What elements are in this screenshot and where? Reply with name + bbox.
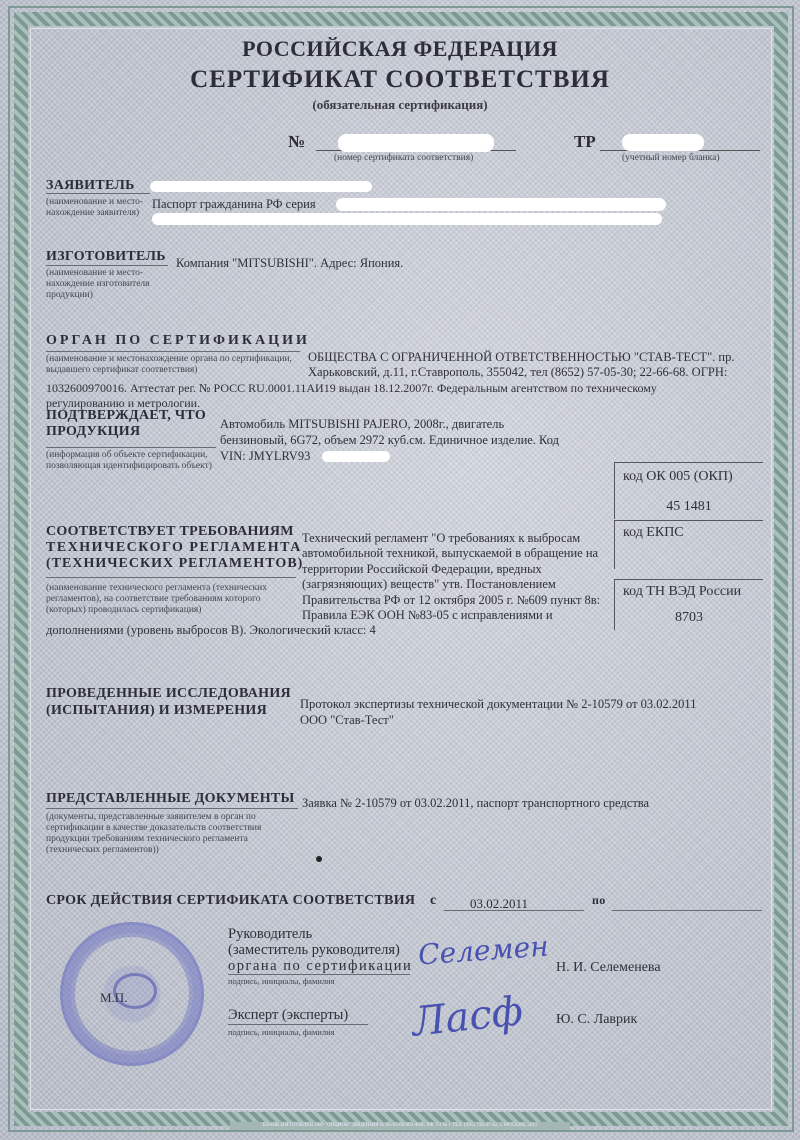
country-title: РОССИЙСКАЯ ФЕДЕРАЦИЯ [0,36,800,62]
applicant-underline [46,193,150,194]
product-caption: (информация об объекте сертификации, поз… [46,450,224,472]
blank-number-label: ТР [574,132,596,152]
cert-body-line-3: 1032600970016. Аттестат рег. № РОСС RU.0… [46,381,657,397]
validity-to-label: по [592,893,606,908]
document-title: СЕРТИФИКАТ СООТВЕТСТВИЯ [0,66,800,94]
regulations-line-4: (загрязняющих) веществ" утв. Постановлен… [302,577,556,593]
regulations-line-6: Правила ЕЭК ООН №83-05 с исправлениями и [302,608,553,624]
product-heading-1: ПОДТВЕРЖДАЕТ, ЧТО [46,408,206,424]
head-title-line-3: органа по сертификации [228,958,412,974]
regulations-last-line: дополнениями (уровень выбросов В). Эколо… [46,623,376,639]
vin-redacted [322,451,390,462]
applicant-value: Паспорт гражданина РФ серия [152,197,316,213]
regulations-line-2: автомобильной техникой, выпускаемой в об… [302,546,598,562]
stamp-label: М.П. [100,990,127,1006]
expert-name: Ю. С. Лаврик [556,1012,637,1028]
cert-body-heading: ОРГАН ПО СЕРТИФИКАЦИИ [46,333,310,349]
head-name: Н. И. Селеменева [556,960,661,976]
applicant-passport-redacted [336,198,666,211]
tests-heading-2: (ИСПЫТАНИЯ) И ИЗМЕРЕНИЯ [46,703,267,719]
validity-heading: СРОК ДЕЙСТВИЯ СЕРТИФИКАТА СООТВЕТСТВИЯ [46,893,415,909]
expert-signature-line [228,1024,368,1025]
cert-body-line-1: ОБЩЕСТВА С ОГРАНИЧЕННОЙ ОТВЕТСТВЕННОСТЬЮ… [308,350,734,366]
expert-label: Эксперт (эксперты) [228,1007,348,1024]
product-underline [46,447,216,448]
printer-imprint: БЛАНК ИЗГОТОВЛЕН ЗАО "ОПЦИОН" ЛИЦЕНЗИЯ №… [230,1122,570,1130]
code-tnved-label: код ТН ВЭД России [615,580,763,600]
certificate-number-redacted [338,134,494,152]
tests-line-2: ООО "Став-Тест" [300,713,394,729]
blank-number-caption: (учетный номер бланка) [622,153,719,164]
cert-body-caption: (наименование и местонахождение органа п… [46,354,308,376]
ink-dot [316,856,322,862]
documents-value: Заявка № 2-10579 от 03.02.2011, паспорт … [302,796,649,812]
head-caption: подпись, инициалы, фамилия [228,976,335,987]
documents-caption: (документы, представленные заявителем в … [46,812,276,856]
head-signature-line [228,974,410,975]
blank-number-redacted [622,134,704,151]
regulations-line-1: Технический регламент "О требованиях к в… [302,531,580,547]
code-okp-label: код ОК 005 (ОКП) [615,463,763,485]
documents-underline [46,808,298,809]
manufacturer-heading: ИЗГОТОВИТЕЛЬ [46,249,166,265]
code-box-ekps: код ЕКПС [614,520,763,569]
head-title-line-2: (заместитель руководителя) [228,942,412,958]
documents-heading: ПРЕДСТАВЛЕННЫЕ ДОКУМЕНТЫ [46,791,295,807]
regulations-line-3: территории Российской Федерации, вредных [302,562,542,578]
cert-body-line-2: Харьковский, д.11, г.Ставрополь, 355042,… [308,365,727,381]
code-box-okp: код ОК 005 (ОКП) 45 1481 [614,462,763,519]
tests-heading-1: ПРОВЕДЕННЫЕ ИССЛЕДОВАНИЯ [46,686,291,702]
applicant-heading: ЗАЯВИТЕЛЬ [46,178,135,194]
manufacturer-value: Компания "MITSUBISHI". Адрес: Япония. [176,256,403,272]
regulations-heading-1: СООТВЕТСТВУЕТ ТРЕБОВАНИЯМ [46,524,294,540]
validity-from-date: 03.02.2011 [470,896,528,912]
regulations-heading-3: (ТЕХНИЧЕСКИХ РЕГЛАМЕНТОВ) [46,556,303,572]
applicant-address-redacted [152,213,662,225]
head-title-line-1: Руководитель [228,926,412,942]
tests-line-1: Протокол экспертизы технической документ… [300,697,696,713]
regulations-underline [46,577,296,578]
certificate-number-label: № [288,132,305,152]
product-vin: VIN: JMYLRV93 [220,449,310,465]
official-seal [60,922,204,1066]
code-tnved-value: 8703 [615,600,763,626]
head-title: Руководитель (заместитель руководителя) … [228,926,412,974]
product-line-2: бензиновый, 6G72, объем 2972 куб.см. Еди… [220,433,559,449]
certificate-sheet: РОССИЙСКАЯ ФЕДЕРАЦИЯ СЕРТИФИКАТ СООТВЕТС… [0,0,800,1140]
regulations-caption: (наименование технического регламента (т… [46,583,296,616]
cert-body-underline [46,351,300,352]
certificate-number-caption: (номер сертификата соответствия) [334,153,473,164]
validity-to-line [612,910,762,911]
applicant-name-redacted [150,181,372,192]
validity-from-label: с [430,893,437,909]
code-ekps-label: код ЕКПС [615,521,763,541]
manufacturer-underline [46,265,168,266]
product-line-1: Автомобиль MITSUBISHI PAJERO, 2008г., дв… [220,417,504,433]
code-box-tnved: код ТН ВЭД России 8703 [614,579,763,630]
product-heading-2: ПРОДУКЦИЯ [46,424,140,440]
manufacturer-caption: (наименование и место-нахождение изготов… [46,268,158,301]
code-okp-value: 45 1481 [615,485,763,515]
regulations-heading-2: ТЕХНИЧЕСКОГО РЕГЛАМЕНТА [46,540,302,556]
expert-caption: подпись, инициалы, фамилия [228,1027,335,1038]
regulations-line-5: Правительства РФ от 12 октября 2005 г. №… [302,593,600,609]
applicant-caption: (наименование и место-нахождение заявите… [46,197,154,219]
document-subtitle: (обязательная сертификация) [0,97,800,113]
